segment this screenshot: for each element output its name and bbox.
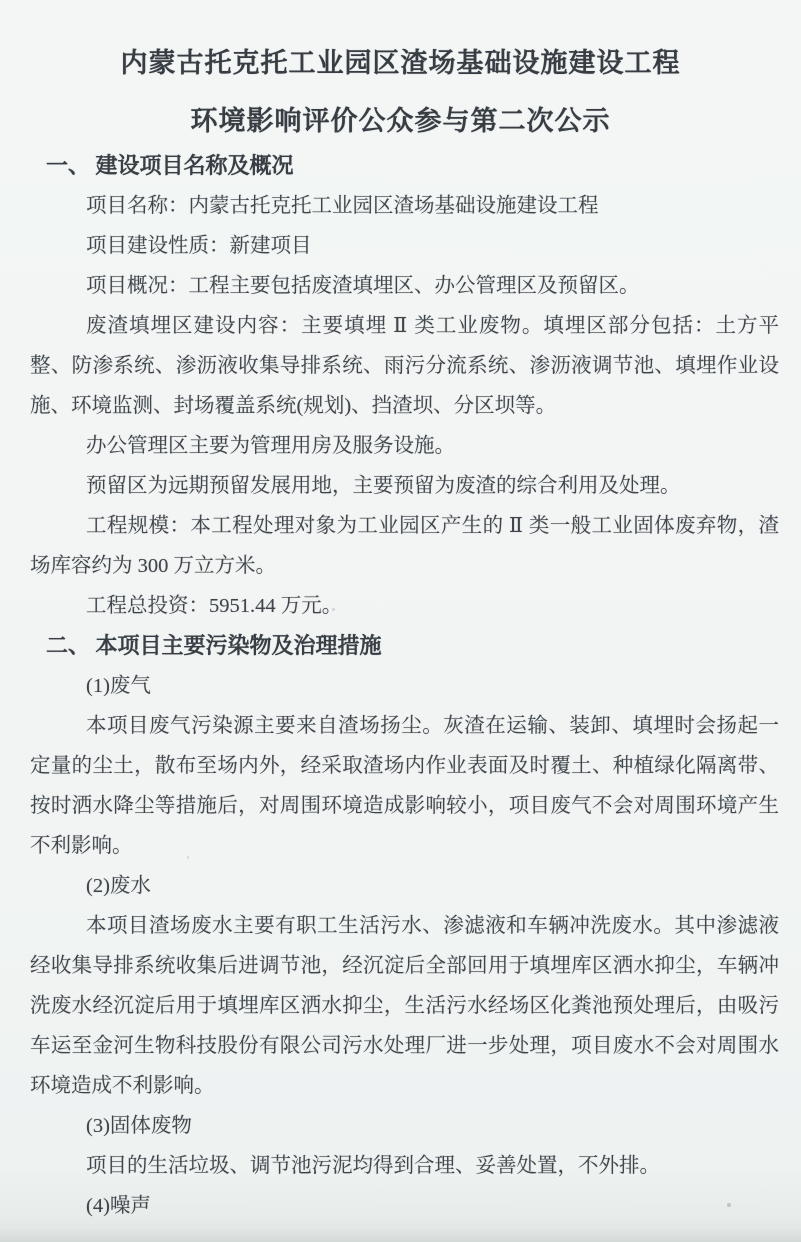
para-solid-waste: 项目的生活垃圾、调节池污泥均得到合理、妥善处置，不外排。 [30,1146,779,1186]
para-wastewater: 本项目渣场废水主要有职工生活污水、渗滤液和车辆冲洗废水。其中渗滤液经收集导排系统… [30,906,779,1106]
section-1-heading: 一、 建设项目名称及概况 [30,146,779,186]
scanned-document-page: 内蒙古托克托工业园区渣场基础设施建设工程 环境影响评价公众参与第二次公示 一、 … [0,0,801,1242]
document-title-line-1: 内蒙古托克托工业园区渣场基础设施建设工程 [0,0,801,80]
section-2-heading: 二、 本项目主要污染物及治理措施 [30,626,779,666]
para-construction-nature: 项目建设性质：新建项目 [30,226,779,266]
document-title-line-2: 环境影响评价公众参与第二次公示 [0,104,801,138]
subheading-waste-gas: (1)废气 [30,666,779,706]
para-project-scale: 工程规模：本工程处理对象为工业园区产生的 Ⅱ 类一般工业固体废弃物，渣场库容约为… [30,506,779,586]
para-reserved-area: 预留区为远期预留发展用地，主要预留为废渣的综合利用及处理。 [30,466,779,506]
scan-speck [187,856,189,859]
subheading-noise: (4)噪声 [30,1186,779,1226]
para-waste-gas: 本项目废气污染源主要来自渣场扬尘。灰渣在运输、装卸、填埋时会扬起一定量的尘土，散… [30,706,779,866]
subheading-wastewater: (2)废水 [30,866,779,906]
scan-edge-shadow [0,1228,801,1242]
document-body: 一、 建设项目名称及概况 项目名称：内蒙古托克托工业园区渣场基础设施建设工程 项… [0,146,801,1226]
para-total-investment: 工程总投资：5951.44 万元。 [30,586,779,626]
subheading-solid-waste: (3)固体废物 [30,1106,779,1146]
para-office-area: 办公管理区主要为管理用房及服务设施。 [30,426,779,466]
para-landfill-content: 废渣填埋区建设内容：主要填埋 Ⅱ 类工业废物。填埋区部分包括：土方平整、防渗系统… [30,306,779,426]
para-project-name: 项目名称：内蒙古托克托工业园区渣场基础设施建设工程 [30,186,779,226]
scan-speck [727,1203,731,1207]
scan-speck [332,608,335,611]
para-project-overview: 项目概况：工程主要包括废渣填埋区、办公管理区及预留区。 [30,266,779,306]
